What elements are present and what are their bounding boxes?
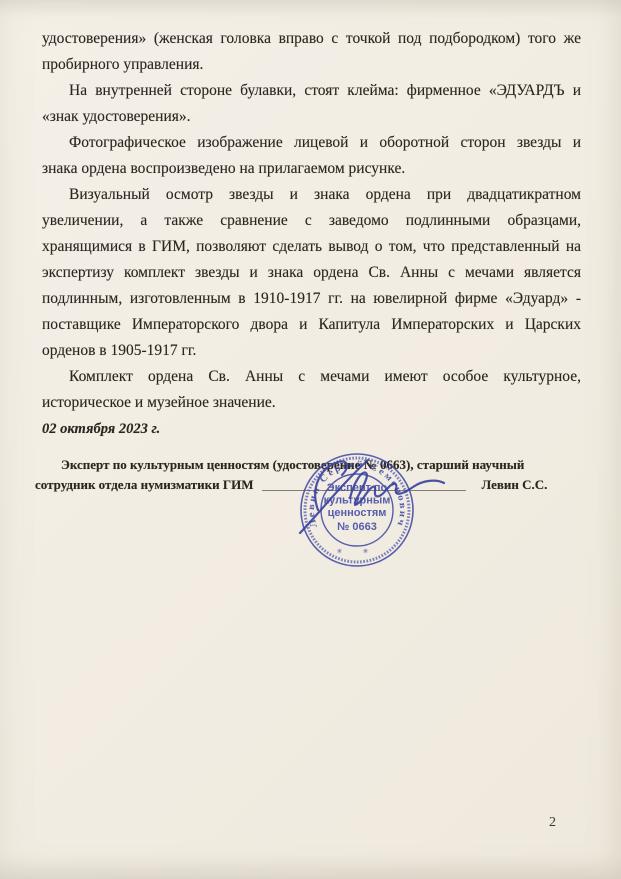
page-number: 2 (549, 814, 556, 832)
text-line: орденов в 1905-1917 гг. (42, 338, 581, 364)
date-line: 02 октября 2023 г. (42, 417, 581, 441)
text-line: экспертизу комплект звезды и знака орден… (42, 260, 581, 286)
document-page: удостоверения» (женская головка вправо с… (0, 0, 621, 879)
handwritten-signature (280, 440, 480, 550)
signature-title-continued: сотрудник отдела нумизматики ГИМ (35, 475, 254, 495)
text-line: Комплект ордена Св. Анны с мечами имеют … (42, 364, 581, 390)
text-line: знака ордена воспроизведено на прилагаем… (42, 156, 581, 182)
text-line: подлинным, изготовленным в 1910-1917 гг.… (42, 286, 581, 312)
text-line: поставщике Императорского двора и Капиту… (42, 312, 581, 338)
expert-name: Левин С.С. (482, 475, 548, 495)
text-line: «знак удостоверения». (42, 104, 581, 130)
text-line: пробирного управления. (42, 52, 581, 78)
document-body: удостоверения» (женская головка вправо с… (42, 26, 581, 416)
text-line: хранящимися в ГИМ, позволяют сделать выв… (42, 234, 581, 260)
text-line: удостоверения» (женская головка вправо с… (42, 26, 581, 52)
text-line: Визуальный осмотр звезды и знака ордена … (42, 182, 581, 208)
text-line: историческое и музейное значение. (42, 390, 581, 416)
text-line: Фотографическое изображение лицевой и об… (42, 130, 581, 156)
text-line: На внутренней стороне булавки, стоят кле… (42, 78, 581, 104)
text-line: увеличении, а также сравнение с заведомо… (42, 208, 581, 234)
